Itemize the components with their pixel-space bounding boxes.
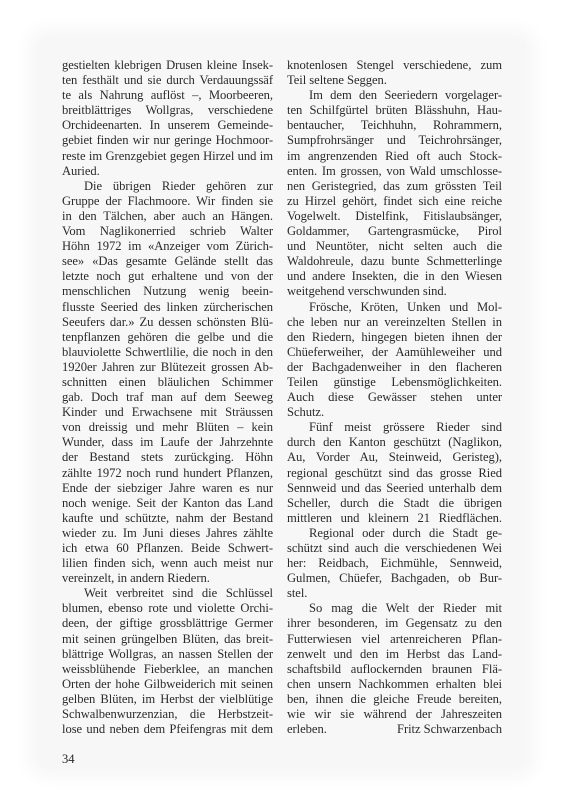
- text-line: weissblühende Fieberklee, an manchen: [62, 662, 273, 677]
- text-line: gestielten klebrigen Drusen kleine Insek…: [62, 58, 273, 73]
- text-line: zählte 1972 noch rund hundert Pflanzen,: [62, 466, 273, 481]
- author-signature: Fritz Schwarzenbach: [397, 722, 502, 737]
- text-line: menschlichen Nutzung wenig beein-: [62, 284, 273, 299]
- text-line: ten festhält und sie durch Verdauungssäf: [62, 73, 273, 88]
- text-line: wie wir sie während der Jahreszeiten: [287, 707, 502, 722]
- text-line: kaufte und schützte, nahm der Bestand: [62, 511, 273, 526]
- text-line: Au, Vorder Au, Steinweid, Geristeg),: [287, 450, 502, 465]
- text-line: den Riedern, hingegen bieten ihnen der: [287, 330, 502, 345]
- text-line: Vom Naglikonerried schrieb Walter: [62, 224, 273, 239]
- text-line: Goldammer, Gartengrasmücke, Pirol: [287, 224, 502, 239]
- text-line: wieder zu. Im Juni dieses Jahres zählte: [62, 526, 273, 541]
- text-line: bentaucher, Teichhuhn, Rohrammern,: [287, 118, 502, 133]
- text-line: stel.: [287, 586, 502, 601]
- text-line: che leben nur an vereinzelten Stellen in: [287, 315, 502, 330]
- closing-text: erleben.: [287, 722, 327, 737]
- text-line: Sennweid und das Seeried unterhalb dem: [287, 481, 502, 496]
- text-line: her: Reidbach, Eichmühle, Sennweid,: [287, 556, 502, 571]
- text-line: regional geschützt sind das grosse Ried: [287, 466, 502, 481]
- text-line: Teilen günstige Lebensmöglichkeiten.: [287, 375, 502, 390]
- text-line: 1920er Jahren zur Blütezeit grossen Ab-: [62, 360, 273, 375]
- text-line: von dreissig und mehr Blüten – kein: [62, 420, 273, 435]
- text-line: Regional oder durch die Stadt ge-: [287, 526, 502, 541]
- text-line: ten Schilfgürtel brüten Blässhuhn, Hau-: [287, 103, 502, 118]
- text-line: nen Geristegried, das zum grössten Teil: [287, 179, 502, 194]
- text-line: Die übrigen Rieder gehören zur: [62, 179, 273, 194]
- text-line: der Bachgadenweiher in den flacheren: [287, 360, 502, 375]
- text-line: ich etwa 60 Pflanzen. Beide Schwert-: [62, 541, 273, 556]
- text-line: und andere Insekten, die in den Wiesen: [287, 269, 502, 284]
- text-line: ihrer besonderen, im Gegensatz zu den: [287, 616, 502, 631]
- text-line: Gulmen, Chüefer, Bachgaden, ob Bur-: [287, 571, 502, 586]
- text-line: knotenlosen Stengel verschiedene, zum: [287, 58, 502, 73]
- text-line: letzte noch gut erhaltene und von der: [62, 269, 273, 284]
- text-line: Schutz.: [287, 405, 502, 420]
- text-line: te als Nahrung auflöst –, Moorbeeren,: [62, 88, 273, 103]
- text-line: schnitten einen bläulichen Schimmer: [62, 375, 273, 390]
- text-line: zenwelt und den im Herbst das Land-: [287, 647, 502, 662]
- text-line: der Bestand stets zurückging. Höhn: [62, 450, 273, 465]
- text-line: Weit verbreitet sind die Schlüssel: [62, 586, 273, 601]
- text-line: Frösche, Kröten, Unken und Mol-: [287, 300, 502, 315]
- text-line: lilien finden sich, wenn auch meist nur: [62, 556, 273, 571]
- text-line: flusste Seeried des linken zürcherischen: [62, 300, 273, 315]
- text-line: Sumpfrohrsänger und Teichrohrsänger,: [287, 133, 502, 148]
- text-line: Kinder und Erwachsene mit Sträussen: [62, 405, 273, 420]
- text-line: Futterwiesen viel artenreicheren Pflan-: [287, 632, 502, 647]
- text-line: Vogelwelt. Distelfink, Fitislaubsänger,: [287, 209, 502, 224]
- text-line: mit seinen grüngelben Blüten, das breit-: [62, 632, 273, 647]
- text-line: enten. Im grossen, von Wald umschlosse-: [287, 164, 502, 179]
- text-line: blättrige Wollgras, an nassen Stellen de…: [62, 647, 273, 662]
- text-column-right: knotenlosen Stengel verschiedene, zum Te…: [287, 58, 502, 737]
- text-line: So mag die Welt der Rieder mit: [287, 601, 502, 616]
- text-line: Chüeferweiher, der Aamühleweiher und: [287, 345, 502, 360]
- text-column-left: gestielten klebrigen Drusen kleine Insek…: [62, 58, 273, 737]
- text-line: gebiet finden wir nur geringe Hochmoor-: [62, 133, 273, 148]
- text-line: blauviolette Schwertlilie, die noch in d…: [62, 345, 273, 360]
- text-line: in den Tälchen, aber auch an Hängen.: [62, 209, 273, 224]
- text-line: und Neuntöter, nicht selten auch die: [287, 239, 502, 254]
- text-line: mittleren und kleinern 21 Riedflächen.: [287, 511, 502, 526]
- text-line: Orten der hohe Gilbweiderich mit seinen: [62, 677, 273, 692]
- text-line: chen unsern Nachkommen erhalten blei: [287, 677, 502, 692]
- text-line: schaftsbild auflockernden braunen Flä-: [287, 662, 502, 677]
- text-line: Schwalbenwurzenzian, die Herbstzeit-: [62, 707, 273, 722]
- text-line: vereinzelt, in andern Riedern.: [62, 571, 273, 586]
- text-line: Seeufers dar.» Zu dessen schönsten Blü-: [62, 315, 273, 330]
- text-line: see» «Das gesamte Gelände stellt das: [62, 254, 273, 269]
- text-line: Waldohreule, dazu bunte Schmetterlinge: [287, 254, 502, 269]
- text-line: Im dem den Seeriedern vorgelager-: [287, 88, 502, 103]
- text-line: Teil seltene Seggen.: [287, 73, 502, 88]
- text-line: reste im Grenzgebiet gegen Hirzel und im: [62, 149, 273, 164]
- text-line: Ende der siebziger Jahre waren es nur: [62, 481, 273, 496]
- text-line: deen, der giftige grossblättrige Germer: [62, 616, 273, 631]
- text-line: gab. Doch traf man auf dem Seeweg: [62, 390, 273, 405]
- text-line: weitgehend verschwunden sind.: [287, 284, 502, 299]
- text-line: Auch diese Gewässer stehen unter: [287, 390, 502, 405]
- text-line: breitblättriges Wollgras, verschiedene: [62, 103, 273, 118]
- page-number: 34: [62, 752, 75, 767]
- text-line: Scheller, durch die Stadt die übrigen: [287, 496, 502, 511]
- text-line: gelben Blüten, im Herbst der vielblütige: [62, 692, 273, 707]
- text-line: noch wenige. Seit der Kanton das Land: [62, 496, 273, 511]
- text-line: Wunder, dass im Laufe der Jahrzehnte: [62, 435, 273, 450]
- text-line: blumen, ebenso rote und violette Orchi-: [62, 601, 273, 616]
- text-line: Fünf meist grössere Rieder sind: [287, 420, 502, 435]
- text-line: Auried.: [62, 164, 273, 179]
- text-line: lose und neben dem Pfeifengras mit dem: [62, 722, 273, 737]
- closing-line: erleben. Fritz Schwarzenbach: [287, 722, 502, 737]
- text-line: zu Hirzel gehört, findet sich eine reich…: [287, 194, 502, 209]
- text-line: tenpflanzen gehören die gelbe und die: [62, 330, 273, 345]
- text-line: ben, ihnen die gleiche Freude bereiten,: [287, 692, 502, 707]
- text-line: Höhn 1972 im «Anzeiger vom Zürich-: [62, 239, 273, 254]
- text-line: Gruppe der Flachmoore. Wir finden sie: [62, 194, 273, 209]
- text-line: im angrenzenden Ried oft auch Stock-: [287, 149, 502, 164]
- text-line: Orchideenarten. In unserem Gemeinde-: [62, 118, 273, 133]
- text-line: schützt sind auch die verschiedenen Wei: [287, 541, 502, 556]
- text-line: durch den Kanton geschützt (Naglikon,: [287, 435, 502, 450]
